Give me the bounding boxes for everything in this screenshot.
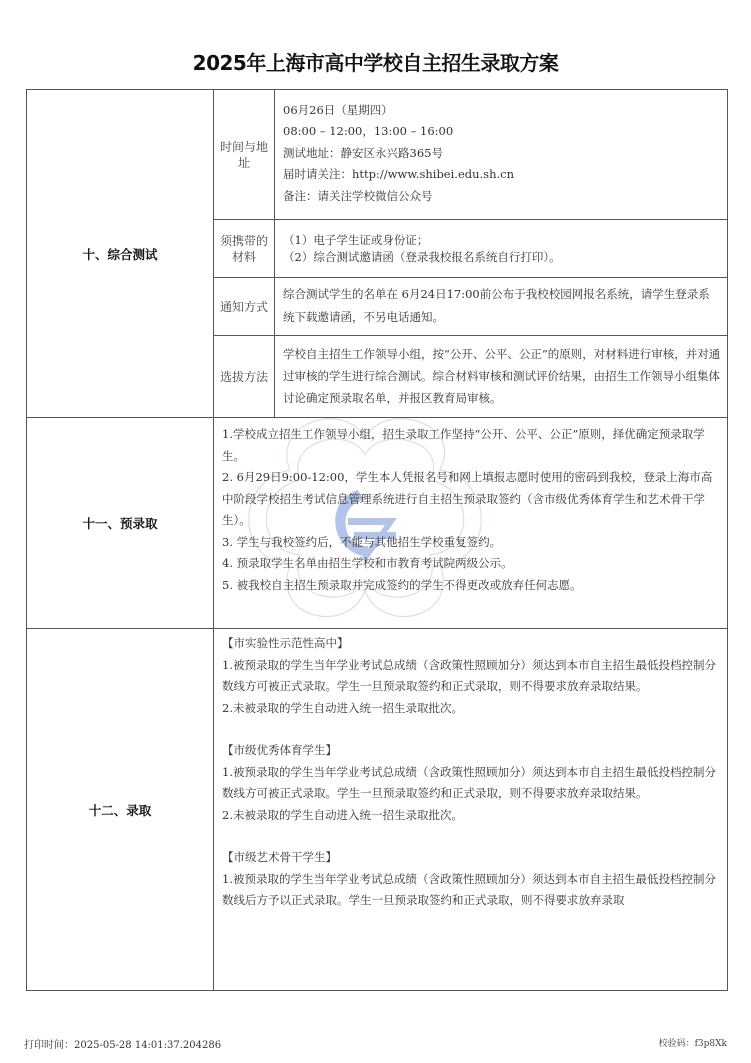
group-title-sports-students: 【市级优秀体育学生】 xyxy=(222,740,721,762)
notification-text: 综合测试学生的名单在 6月24日17:00前公布于我校校园网报名系统，请学生登录… xyxy=(283,283,721,329)
selection-method-text: 学校自主招生工作领导小组，按“公开、公平、公正”的原则，对材料进行审核，并对通过… xyxy=(283,343,721,409)
material-item: （2）综合测试邀请函（登录我校报名系统自行打印）。 xyxy=(283,249,721,266)
admission-rule: 1.被预录取的学生当年学业考试总成绩（含政策性照顾加分）须达到本市自主招生最低投… xyxy=(222,655,721,698)
material-item: （1）电子学生证或身份证； xyxy=(283,232,721,249)
admission-rule: 1.被预录取的学生当年学业考试总成绩（含政策性照顾加分）须达到本市自主招生最低投… xyxy=(222,869,721,912)
admission-rule: 2.未被录取的学生自动进入统一招生录取批次。 xyxy=(222,698,721,720)
exam-date: 06月26日（星期四） xyxy=(283,100,721,122)
pre-admission-item-3: 3. 学生与我校签约后，不能与其他招生学校重复签约。 xyxy=(222,532,721,554)
exam-hours: 08:00 – 12:00，13:00 – 16:00 xyxy=(283,121,721,143)
admission-rule: 2.未被录取的学生自动进入统一招生录取批次。 xyxy=(222,805,721,827)
admission-rule: 1.被预录取的学生当年学业考试总成绩（含政策性照顾加分）须达到本市自主招生最低投… xyxy=(222,762,721,805)
document-title: 2025年上海市高中学校自主招生录取方案 xyxy=(0,47,751,76)
row-label-selection-method: 选拔方法 xyxy=(214,336,275,418)
row-content-time-address: 06月26日（星期四） 08:00 – 12:00，13:00 – 16:00 … xyxy=(275,90,728,220)
table-row: 十一、预录取 1.学校成立招生工作领导小组，招生录取工作坚持“公开、公平、公正”… xyxy=(27,418,728,629)
pre-admission-content: 1.学校成立招生工作领导小组，招生录取工作坚持“公开、公平、公正”原则，择优确定… xyxy=(214,418,728,629)
group-title-experimental-high-school: 【市实验性示范性高中】 xyxy=(222,633,721,655)
row-label-time-address: 时间与地址 xyxy=(214,90,275,220)
row-label-materials: 须携带的材料 xyxy=(214,220,275,278)
pre-admission-item-1: 1.学校成立招生工作领导小组，招生录取工作坚持“公开、公平、公正”原则，择优确定… xyxy=(222,424,721,467)
exam-website: 届时请关注：http://www.shibei.edu.sh.cn xyxy=(283,164,721,186)
section-heading-comprehensive-test: 十、综合测试 xyxy=(27,90,214,418)
pre-admission-item-5: 5. 被我校自主招生预录取并完成签约的学生不得更改或放弃任何志愿。 xyxy=(222,575,721,597)
row-label-notification: 通知方式 xyxy=(214,278,275,336)
row-content-notification: 综合测试学生的名单在 6月24日17:00前公布于我校校园网报名系统，请学生登录… xyxy=(275,278,728,336)
admission-plan-table: 十、综合测试 时间与地址 06月26日（星期四） 08:00 – 12:00，1… xyxy=(26,89,728,991)
check-code: 校验码：f3p8Xk xyxy=(659,1036,727,1049)
section-heading-admission: 十二、录取 xyxy=(27,629,214,991)
row-content-selection-method: 学校自主招生工作领导小组，按“公开、公平、公正”的原则，对材料进行审核，并对通过… xyxy=(275,336,728,418)
group-title-arts-students: 【市级艺术骨干学生】 xyxy=(222,847,721,869)
spacer xyxy=(222,826,721,847)
exam-address: 测试地址：静安区永兴路365号 xyxy=(283,143,721,165)
print-time: 打印时间：2025-05-28 14:01:37.204286 xyxy=(24,1036,221,1051)
exam-note: 备注：请关注学校微信公众号 xyxy=(283,186,721,208)
spacer xyxy=(222,719,721,740)
table-row: 十二、录取 【市实验性示范性高中】 1.被预录取的学生当年学业考试总成绩（含政策… xyxy=(27,629,728,991)
pre-admission-item-4: 4. 预录取学生名单由招生学校和市教育考试院两级公示。 xyxy=(222,553,721,575)
section-heading-pre-admission: 十一、预录取 xyxy=(27,418,214,629)
row-content-materials: （1）电子学生证或身份证； （2）综合测试邀请函（登录我校报名系统自行打印）。 xyxy=(275,220,728,278)
admission-content: 【市实验性示范性高中】 1.被预录取的学生当年学业考试总成绩（含政策性照顾加分）… xyxy=(214,629,728,991)
pre-admission-item-2: 2. 6月29日9:00-12:00，学生本人凭报名号和网上填报志愿时使用的密码… xyxy=(222,467,721,532)
table-row: 十、综合测试 时间与地址 06月26日（星期四） 08:00 – 12:00，1… xyxy=(27,90,728,220)
